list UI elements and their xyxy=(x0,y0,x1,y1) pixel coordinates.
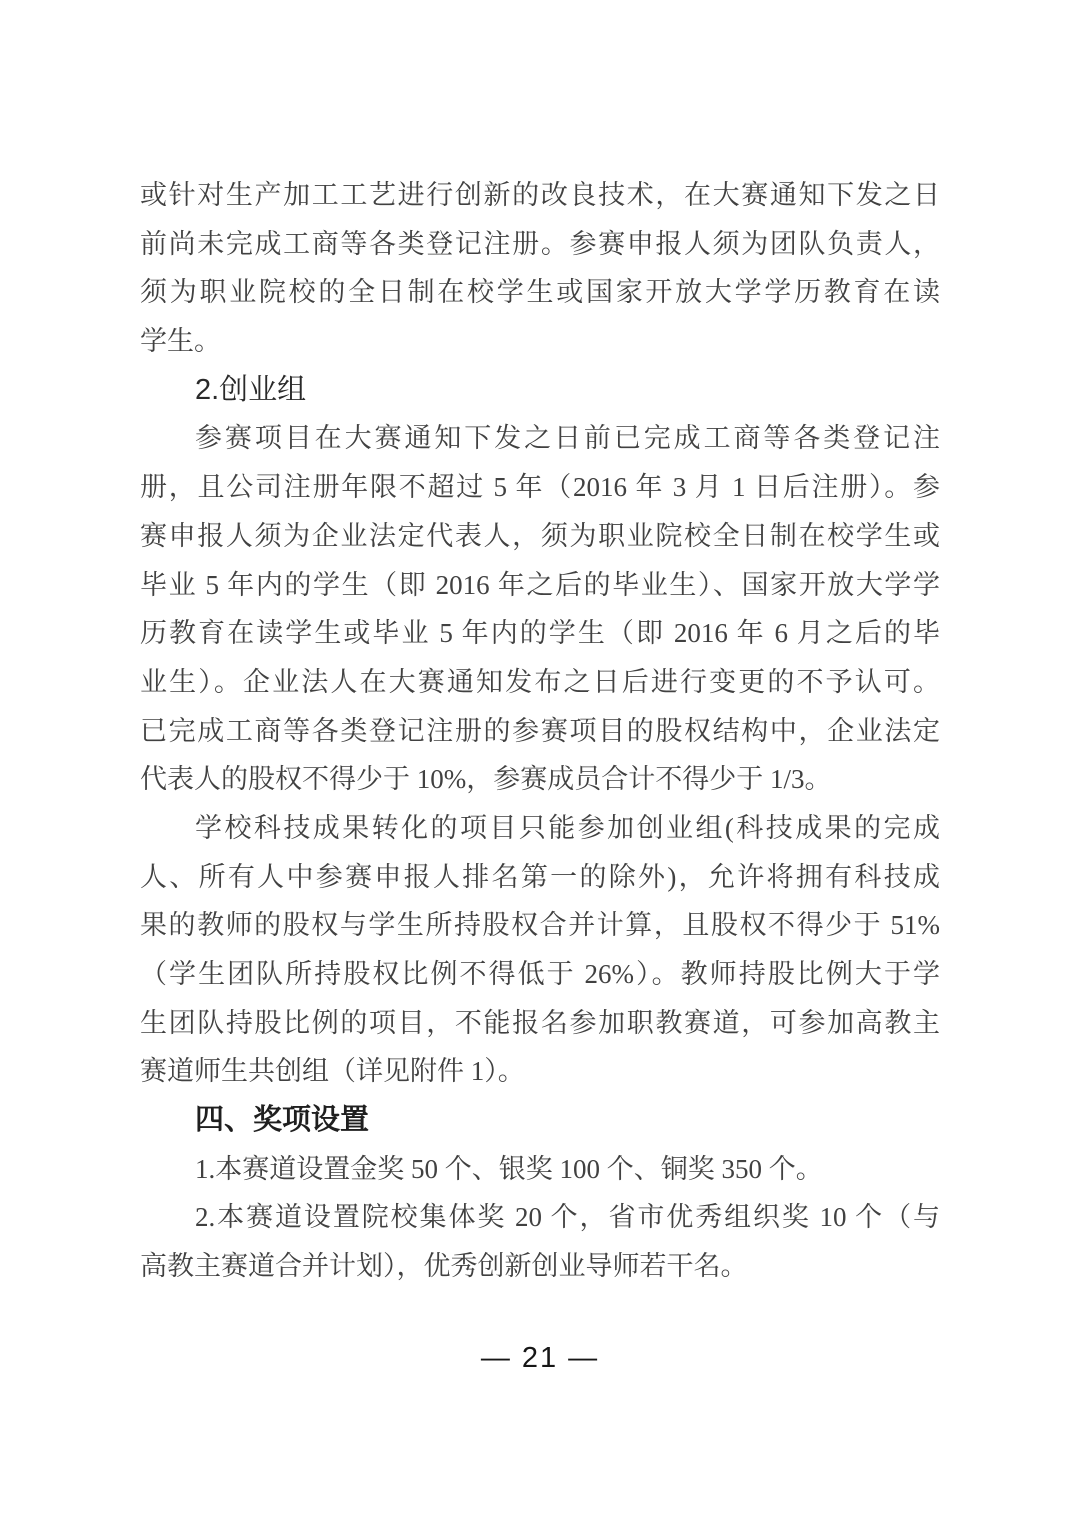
text-line: 参赛项目在大赛通知下发之日前已完成工商等各类登记注 xyxy=(140,414,940,463)
text-line: 生团队持股比例的项目，不能报名参加职教赛道，可参加高教主 xyxy=(140,999,940,1048)
text-line: 四、奖项设置 xyxy=(140,1096,940,1145)
text-line: 人、所有人中参赛申报人排名第一的除外)，允许将拥有科技成 xyxy=(140,853,940,902)
text-line: 代表人的股权不得少于 10%，参赛成员合计不得少于 1/3。 xyxy=(140,755,940,804)
text-line: 毕业 5 年内的学生（即 2016 年之后的毕业生）、国家开放大学学 xyxy=(140,561,940,610)
text-line: 1.本赛道设置金奖 50 个、银奖 100 个、铜奖 350 个。 xyxy=(140,1145,940,1194)
text-line: 赛道师生共创组（详见附件 1）。 xyxy=(140,1047,940,1096)
text-line: 学生。 xyxy=(140,317,940,366)
text-line: 已完成工商等各类登记注册的参赛项目的股权结构中，企业法定 xyxy=(140,707,940,756)
text-line: （学生团队所持股权比例不得低于 26%）。教师持股比例大于学 xyxy=(140,950,940,999)
document-body: 或针对生产加工工艺进行创新的改良技术，在大赛通知下发之日前尚未完成工商等各类登记… xyxy=(140,171,940,1291)
text-line: 果的教师的股权与学生所持股权合并计算，且股权不得少于 51% xyxy=(140,901,940,950)
text-line: 前尚未完成工商等各类登记注册。参赛申报人须为团队负责人， xyxy=(140,220,940,269)
text-line: 2.创业组 xyxy=(140,366,940,415)
text-line: 高教主赛道合并计划），优秀创新创业导师若干名。 xyxy=(140,1242,940,1291)
text-line: 赛申报人须为企业法定代表人，须为职业院校全日制在校学生或 xyxy=(140,512,940,561)
document-page: 或针对生产加工工艺进行创新的改良技术，在大赛通知下发之日前尚未完成工商等各类登记… xyxy=(0,0,1080,1527)
text-line: 学校科技成果转化的项目只能参加创业组(科技成果的完成 xyxy=(140,804,940,853)
text-line: 历教育在读学生或毕业 5 年内的学生（即 2016 年 6 月之后的毕 xyxy=(140,609,940,658)
text-line: 或针对生产加工工艺进行创新的改良技术，在大赛通知下发之日 xyxy=(140,171,940,220)
text-line: 2.本赛道设置院校集体奖 20 个，省市优秀组织奖 10 个（与 xyxy=(140,1193,940,1242)
text-line: 须为职业院校的全日制在校学生或国家开放大学学历教育在读 xyxy=(140,268,940,317)
text-line: 册，且公司注册年限不超过 5 年（2016 年 3 月 1 日后注册）。参 xyxy=(140,463,940,512)
text-line: 业生）。企业法人在大赛通知发布之日后进行变更的不予认可。 xyxy=(140,658,940,707)
page-number: — 21 — xyxy=(0,1334,1080,1382)
